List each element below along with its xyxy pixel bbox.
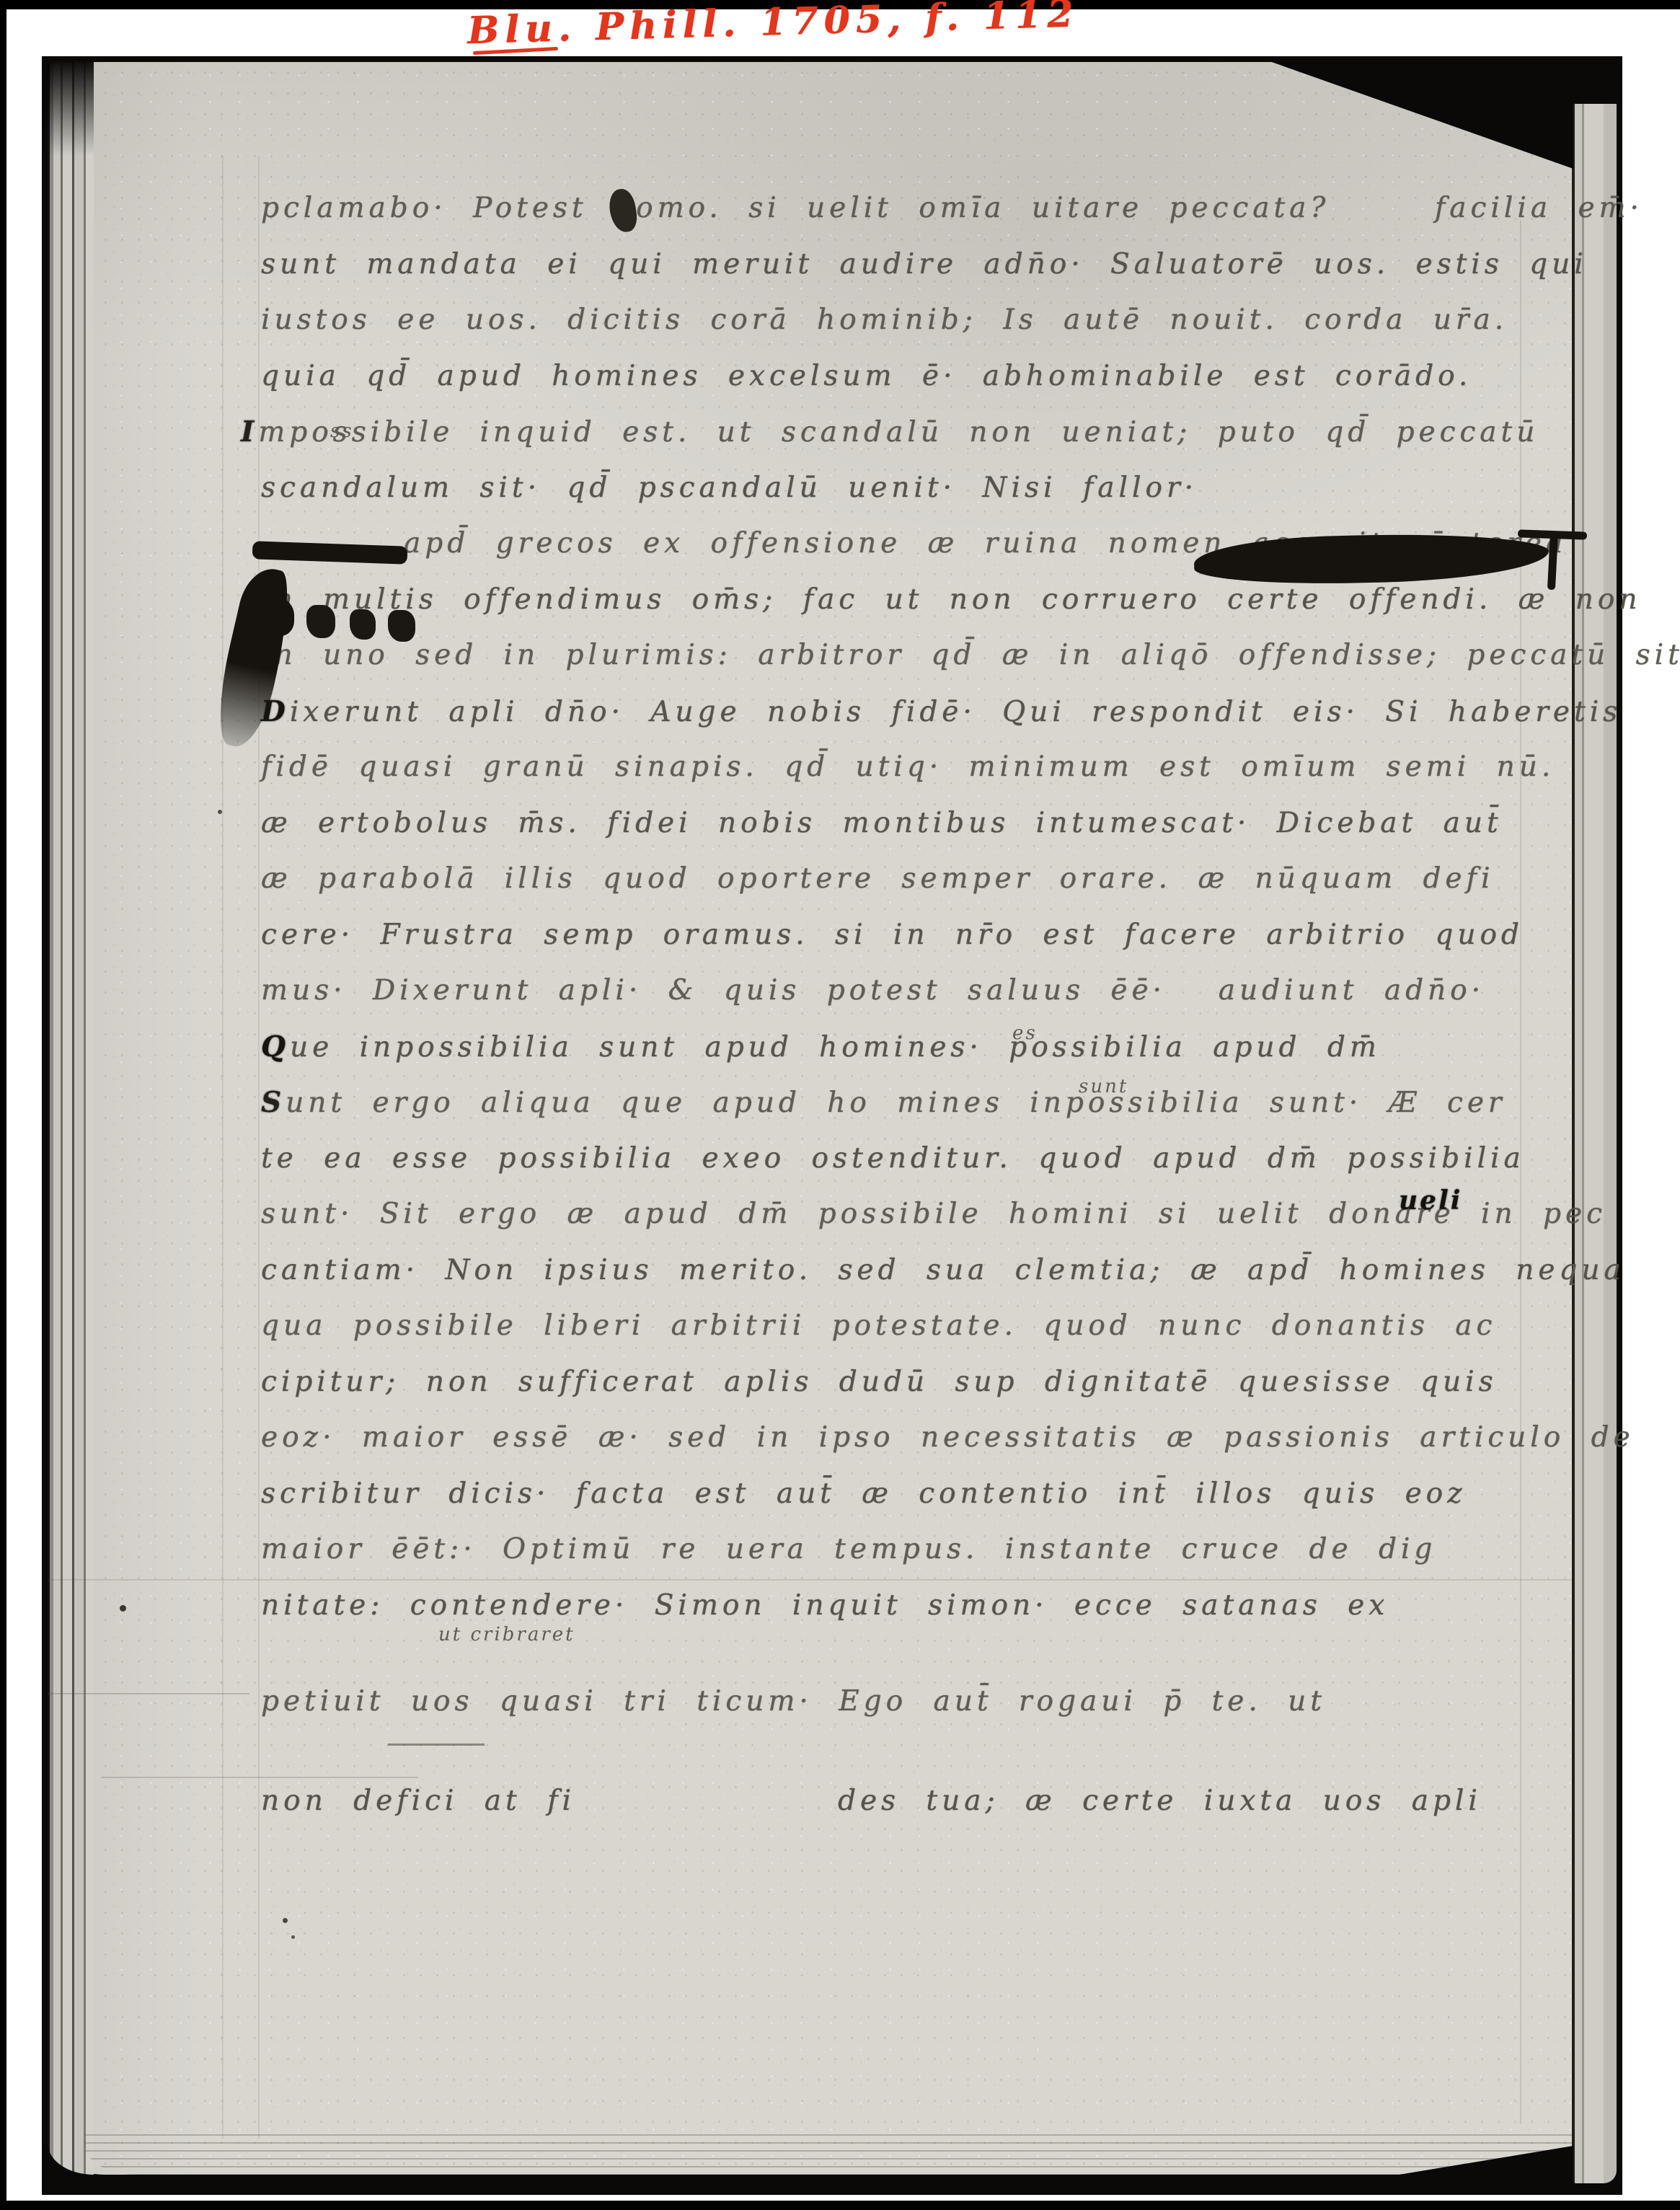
interlinear-gloss: sunt — [1079, 1076, 1128, 1097]
manuscript-text-line: pclamabo· Potest homo. si uelit omīa uit… — [261, 192, 1559, 248]
scan-edge-bottom — [0, 2201, 1680, 2210]
manuscript-text-line: sunt mandata ei qui meruit audire adn̄o·… — [261, 248, 1559, 304]
manuscript-text-line: maior ēēt:· Optimū re uera tempus. insta… — [261, 1533, 1559, 1589]
manuscript-text-line: quia qd̄ apud homines excelsum ē· abhomi… — [261, 360, 1559, 416]
manuscript-text-line: iustos ee uos. dicitis corā hominib; Is … — [261, 304, 1559, 360]
manuscript-text-line: Dixerunt apli dn̄o· Auge nobis fidē· Qui… — [261, 695, 1559, 751]
manuscript-text-line: Que inpossibilia sunt apud homines· poss… — [261, 1030, 1559, 1087]
manuscript-text-line: cipitur; non sufficerat aplis dudū sup d… — [261, 1366, 1559, 1422]
page-edges-bottom — [84, 2134, 1572, 2175]
text-block: pclamabo· Potest homo. si uelit omīa uit… — [261, 192, 1559, 1840]
manuscript-text-line: Impossibile inquid est. ut scandalū non … — [241, 415, 1559, 472]
manuscript-text-line: scandalum sit· qd̄ pscandalū uenit· Nisi… — [261, 472, 1559, 528]
manuscript-text-line: æ ertobolus m̄s. fidei nobis montibus in… — [261, 807, 1559, 863]
photograph-scan: Blu. Phill. 1705, f. 112v pclamabo· Pote… — [0, 0, 1680, 2210]
manuscript-text-line: cantiam· Non ipsius merito. sed sua clem… — [261, 1254, 1559, 1310]
crease-line-2 — [48, 1693, 249, 1694]
ink-speck-3 — [291, 1935, 295, 1939]
ink-speck-2 — [283, 1918, 288, 1923]
scan-edge-left — [0, 0, 6, 2210]
interlinear-gloss: ss — [330, 420, 354, 442]
interlinear-gloss: ut cribraret — [438, 1624, 575, 1645]
manuscript-text-line: qua possibile liberi arbitrii potestate.… — [261, 1309, 1559, 1366]
manuscript-text-line: cere· Frustra semp oramus. si in nr̄o es… — [261, 919, 1559, 975]
page-edges-gutter — [48, 62, 94, 2175]
manuscript-text-line: petiuit uos quasi tri ticum· Ego aut̄ ro… — [261, 1685, 1559, 1741]
shelfmark-text: Blu. Phill. 1705, f. 112 — [467, 0, 1079, 53]
manuscript-text-line: sunt· Sit ergo æ apud dm̄ possibile homi… — [261, 1198, 1559, 1254]
manuscript-page: pclamabo· Potest homo. si uelit omīa uit… — [48, 62, 1572, 2175]
ruling-line-left-1 — [222, 156, 224, 2139]
ink-speck-1 — [218, 810, 222, 814]
manuscript-text-line: eoz· maior essē æ· sed in ipso necessita… — [261, 1421, 1559, 1477]
manuscript-text-line: fidē quasi granū sinapis. qd̄ utiq· mini… — [261, 751, 1559, 807]
manuscript-text-line: mus· Dixerunt apli· & quis potest saluus… — [261, 974, 1559, 1030]
page-fore-edge-right — [1572, 104, 1617, 2183]
ink-blot-line7-letters — [261, 598, 294, 636]
manuscript-text-line: æ parabolā illis quod oportere semper or… — [261, 862, 1559, 919]
manuscript-text-line: scribitur dicis· facta est aut̄ æ conten… — [261, 1477, 1559, 1534]
margin-dot — [120, 1605, 126, 1612]
interlinear-gloss: es — [1012, 1022, 1038, 1044]
manuscript-text-line: te ea esse possibilia exeo ostenditur. q… — [261, 1142, 1559, 1198]
manuscript-text-line: in uno sed in plurimis: arbitror qd̄ æ i… — [261, 639, 1559, 695]
manuscript-text-line: in multis offendimus om̄s; fac ut non co… — [261, 583, 1559, 640]
photo-backdrop: pclamabo· Potest homo. si uelit omīa uit… — [42, 56, 1622, 2195]
shelfmark-superscript: v — [1081, 0, 1100, 2]
manuscript-text-line: Sunt ergo aliqua que apud ho mines inpos… — [261, 1086, 1559, 1142]
shelfmark-annotation: Blu. Phill. 1705, f. 112v — [467, 0, 1100, 53]
interlinear-gloss: ueli — [1399, 1185, 1462, 1216]
manuscript-text-line: non defici at fi des tua; æ certe iuxta … — [261, 1785, 1559, 1841]
